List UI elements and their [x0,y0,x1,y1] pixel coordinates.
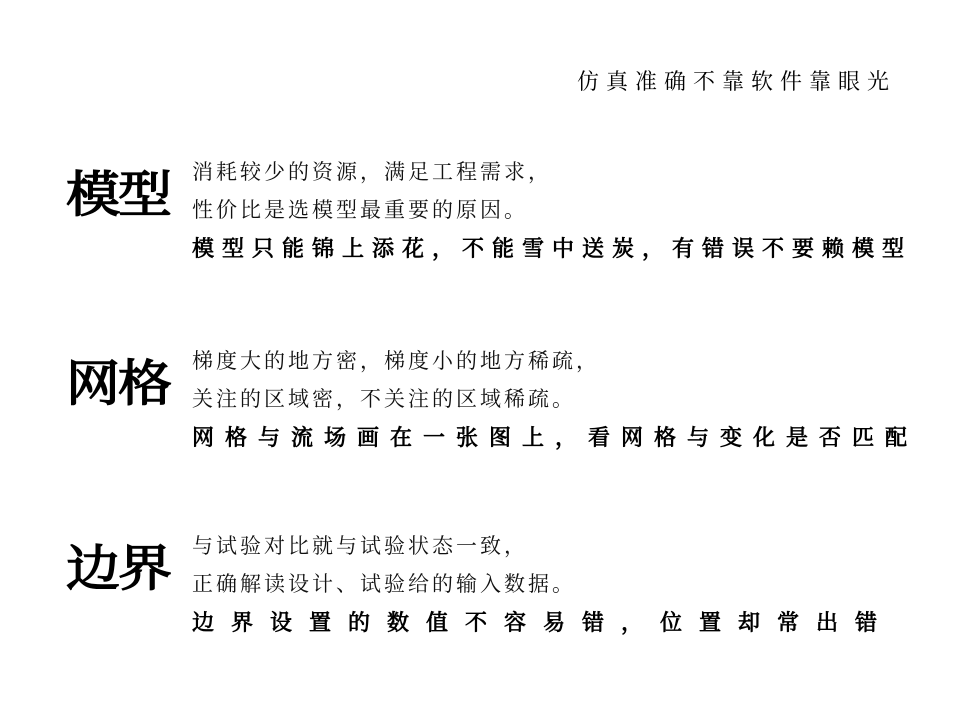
slide-title: 仿真准确不靠软件靠眼光 [577,64,896,102]
section-line: 与试验对比就与试验状态一致， [192,527,912,565]
section-line: 性价比是选模型最重要的原因。 [192,191,912,229]
section-boundary: 边界 与试验对比就与试验状态一致， 正确解读设计、试验给的输入数据。 边界设置的… [66,527,906,667]
section-line: 消耗较少的资源，满足工程需求， [192,153,912,191]
section-line: 关注的区域密，不关注的区域稀疏。 [192,380,912,418]
section-model: 模型 消耗较少的资源，满足工程需求， 性价比是选模型最重要的原因。 模型只能锦上… [66,153,906,293]
section-lines-boundary: 与试验对比就与试验状态一致， 正确解读设计、试验给的输入数据。 边界设置的数值不… [192,527,912,643]
section-heading-model: 模型 [66,166,170,225]
section-mesh: 网格 梯度大的地方密，梯度小的地方稀疏， 关注的区域密，不关注的区域稀疏。 网格… [66,342,906,482]
section-heading-mesh: 网格 [66,355,170,414]
section-key-point: 模型只能锦上添花，不能雪中送炭，有错误不要赖模型 [192,231,912,269]
section-key-point: 边界设置的数值不容易错，位置却常出错 [192,605,912,643]
section-line: 正确解读设计、试验给的输入数据。 [192,565,912,603]
section-lines-mesh: 梯度大的地方密，梯度小的地方稀疏， 关注的区域密，不关注的区域稀疏。 网格与流场… [192,342,912,458]
section-heading-boundary: 边界 [66,540,170,599]
section-key-point: 网格与流场画在一张图上，看网格与变化是否匹配 [192,420,912,458]
section-line: 梯度大的地方密，梯度小的地方稀疏， [192,342,912,380]
section-lines-model: 消耗较少的资源，满足工程需求， 性价比是选模型最重要的原因。 模型只能锦上添花，… [192,153,912,269]
